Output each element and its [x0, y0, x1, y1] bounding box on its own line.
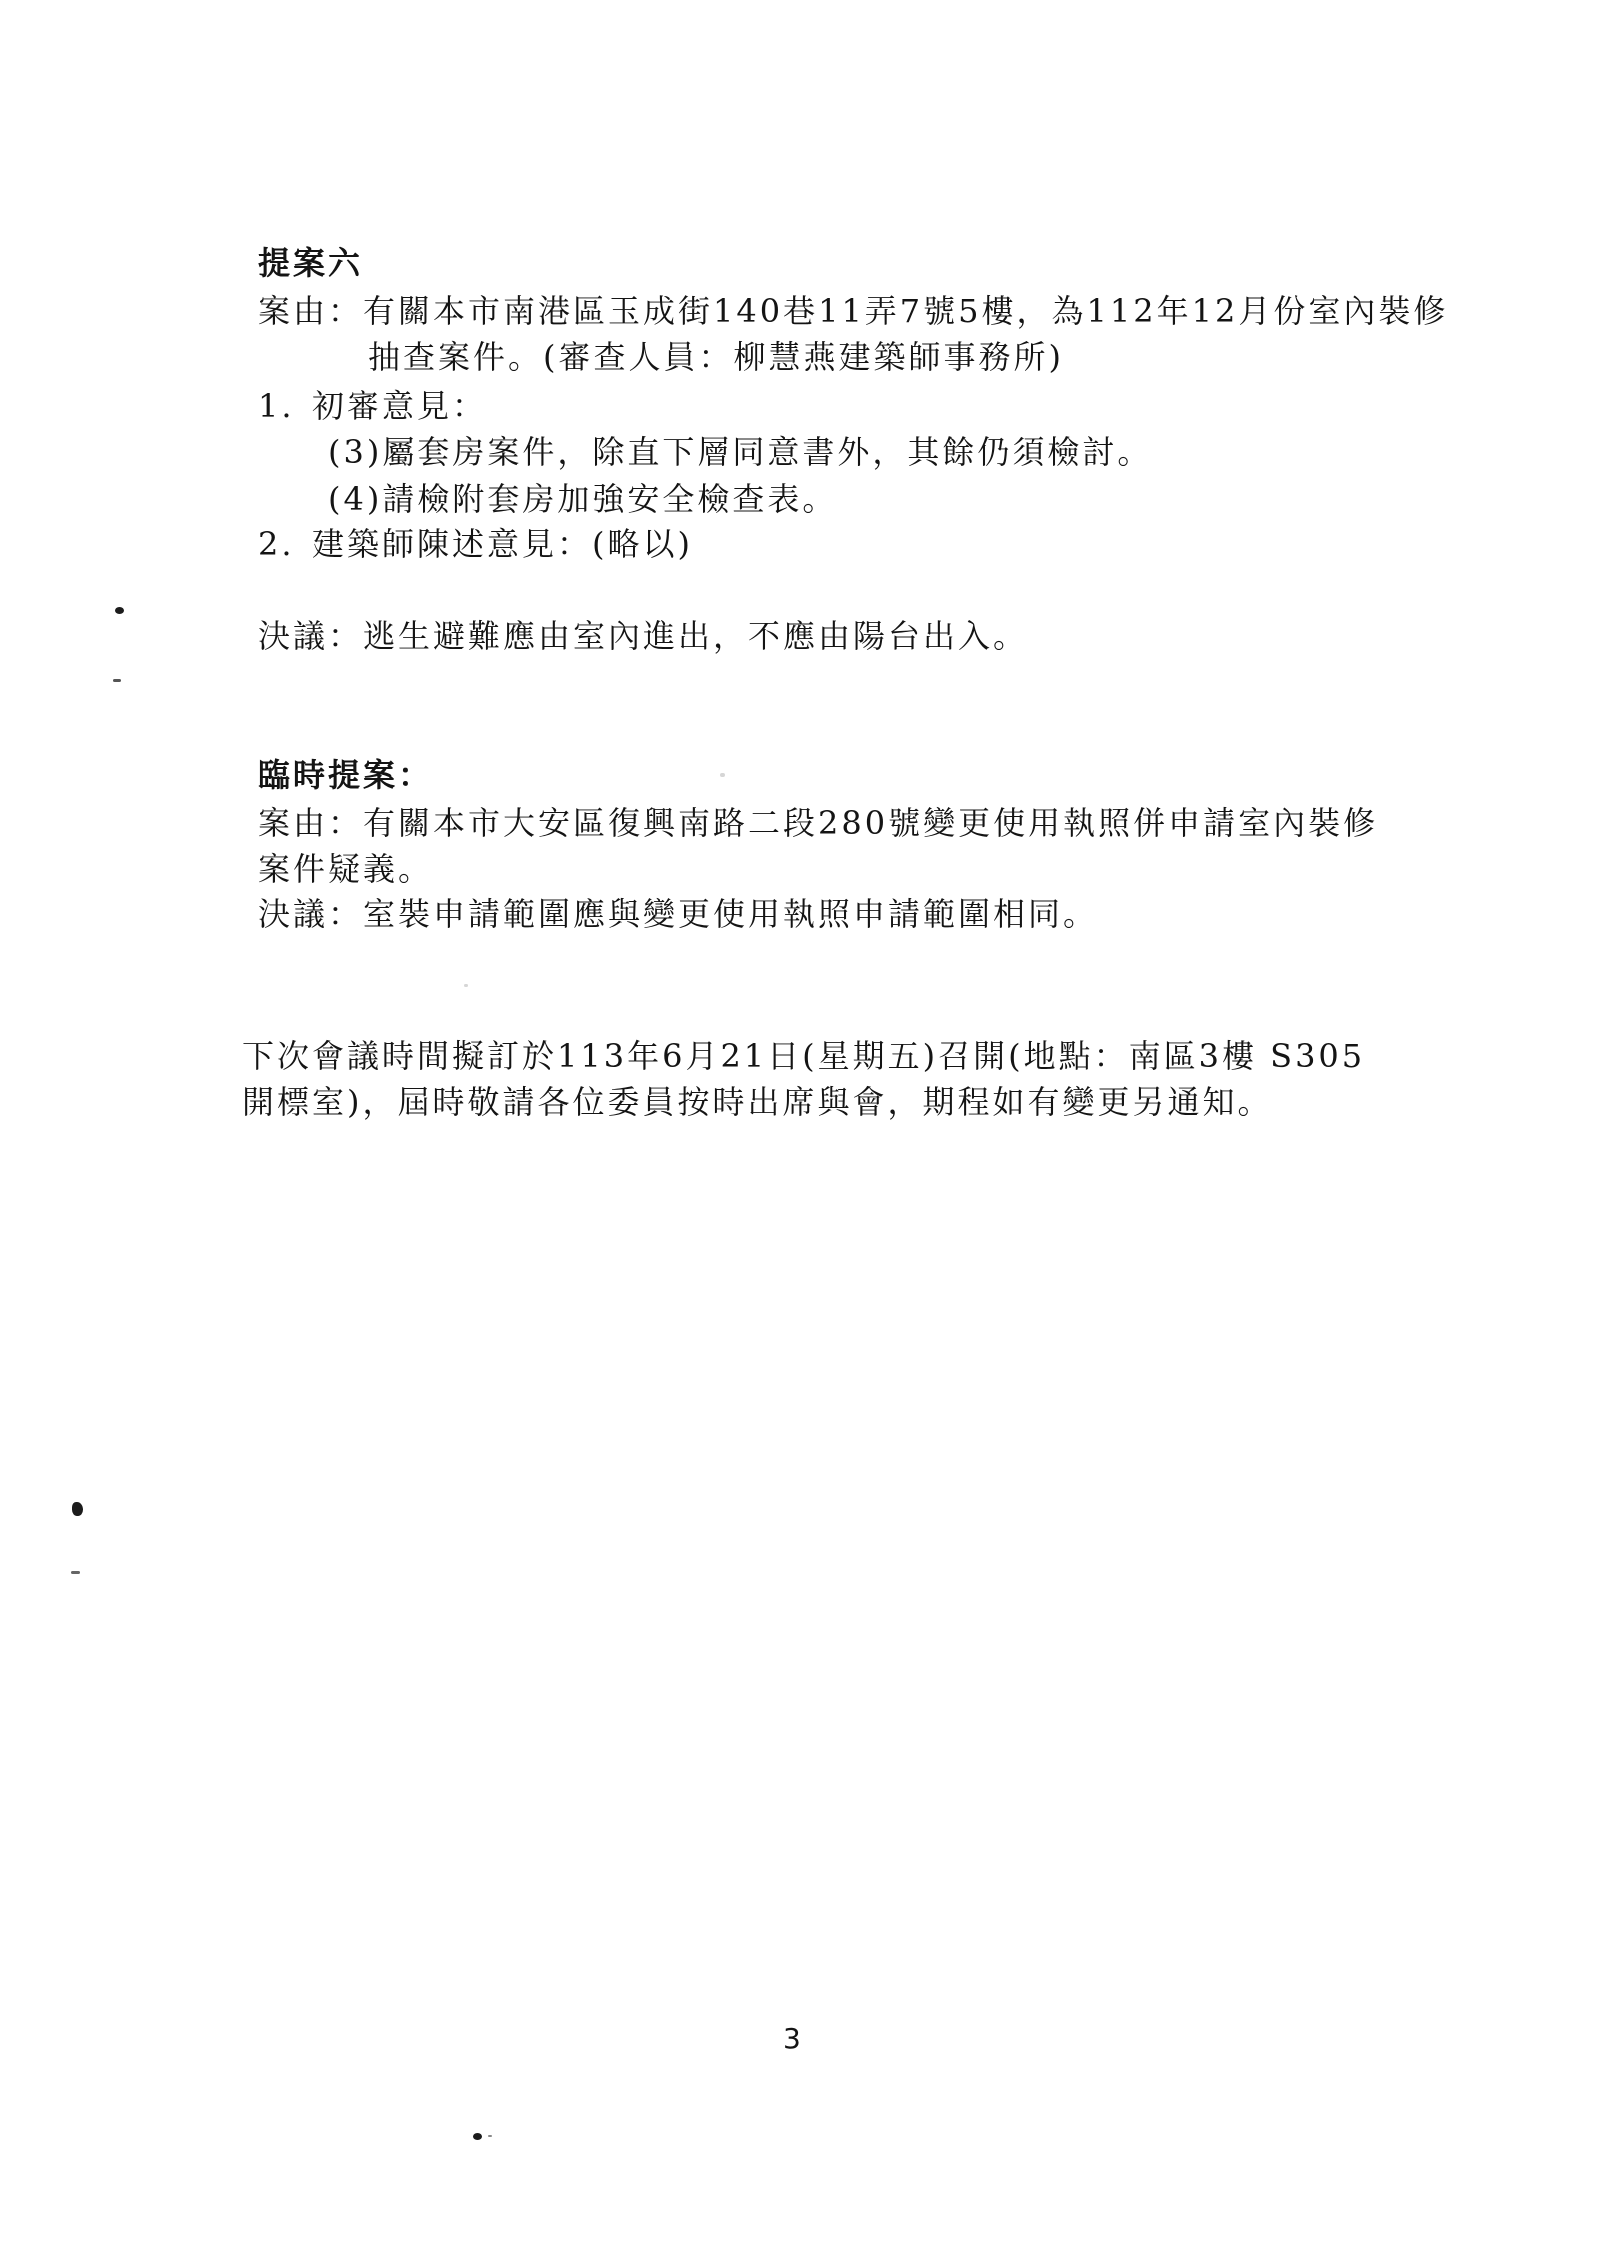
proposal6-item1-number: 1.: [258, 386, 312, 426]
proposal6-resolution: 決議：逃生避難應由室內進出，不應由陽台出入。: [258, 616, 1028, 656]
closing-line2: 開標室)，屆時敬請各位委員按時出席與會，期程如有變更另通知。: [242, 1082, 1273, 1122]
adhoc-case-line2: 案件疑義。: [258, 849, 433, 889]
adhoc-heading: 臨時提案：: [258, 755, 433, 795]
proposal6-item2-number: 2.: [258, 524, 312, 564]
closing-line1: 下次會議時間擬訂於113年6月21日(星期五)召開(地點：南區3樓 S305: [242, 1036, 1365, 1076]
scan-speck: [71, 1571, 80, 1574]
scan-speck: [488, 2135, 492, 2137]
adhoc-case-line1: 案由：有關本市大安區復興南路二段280號變更使用執照併申請室內裝修: [258, 803, 1378, 843]
page-number: 3: [783, 2022, 801, 2055]
proposal6-item1-label: 初審意見：: [312, 386, 487, 426]
proposal6-item1: 1.初審意見：: [258, 386, 487, 426]
scan-speck: [473, 2133, 482, 2140]
scan-speck: [464, 984, 468, 987]
scan-speck: [720, 773, 725, 777]
scan-speck: [72, 1502, 83, 1516]
proposal6-case-line2: 抽查案件。(審查人員：柳慧燕建築師事務所): [368, 337, 1064, 377]
adhoc-resolution: 決議：室裝申請範圍應與變更使用執照申請範圍相同。: [258, 894, 1098, 934]
document-page: 提案六 案由：有關本市南港區玉成街140巷11弄7號5樓，為112年12月份室內…: [0, 0, 1600, 2262]
proposal6-case-line1: 案由：有關本市南港區玉成街140巷11弄7號5樓，為112年12月份室內裝修: [258, 291, 1448, 331]
proposal6-item2: 2.建築師陳述意見：(略以): [258, 524, 693, 564]
proposal6-item1-sub4: (4)請檢附套房加強安全檢查表。: [328, 479, 837, 519]
scan-speck: [113, 679, 121, 682]
scan-speck: [115, 607, 124, 614]
proposal6-item1-sub3: (3)屬套房案件，除直下層同意書外，其餘仍須檢討。: [328, 432, 1152, 472]
proposal6-heading: 提案六: [258, 243, 363, 283]
proposal6-item2-label: 建築師陳述意見：(略以): [312, 524, 693, 564]
